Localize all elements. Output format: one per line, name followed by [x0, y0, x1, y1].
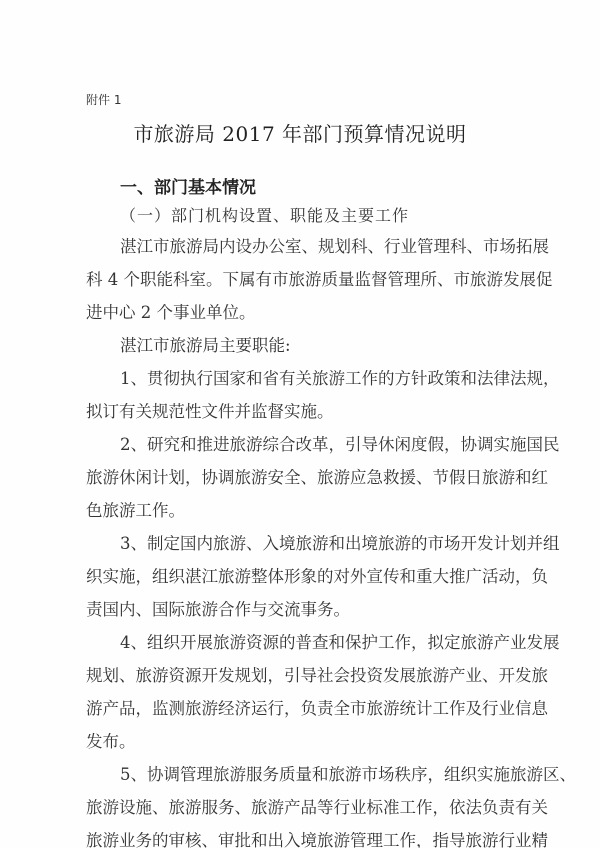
document-page: 附件 1 市旅游局 2017 年部门预算情况说明 一、部门基本情况 （一）部门机…: [0, 0, 600, 848]
paragraph-line: 拟订有关规范性文件并监督实施。: [86, 398, 520, 422]
paragraph-line: 湛江市旅游局内设办公室、规划科、行业管理科、市场拓展: [120, 233, 520, 257]
subsection-heading: （一）部门机构设置、职能及主要工作: [120, 203, 409, 226]
paragraph-line: 2、研究和推进旅游综合改革，引导休闲度假，协调实施国民: [120, 431, 520, 455]
paragraph-line: 旅游休闲计划，协调旅游安全、旅游应急救援、节假日旅游和红: [86, 464, 520, 488]
document-title: 市旅游局 2017 年部门预算情况说明: [0, 118, 600, 147]
paragraph-line: 游产品，监测旅游经济运行，负责全市旅游统计工作及行业信息: [86, 695, 520, 719]
paragraph-line: 旅游设施、旅游服务、旅游产品等行业标准工作，依法负责有关: [86, 794, 520, 818]
section-heading: 一、部门基本情况: [120, 173, 256, 198]
paragraph-line: 进中心 2 个事业单位。: [86, 299, 520, 323]
paragraph-line: 旅游业务的审核、审批和出入境旅游管理工作，指导旅游行业精: [86, 827, 520, 848]
paragraph-line: 科 4 个职能科室。下属有市旅游质量监督管理所、市旅游发展促: [86, 266, 520, 290]
paragraph-line: 色旅游工作。: [86, 497, 520, 521]
paragraph-line: 4、组织开展旅游资源的普查和保护工作，拟定旅游产业发展: [120, 629, 520, 653]
paragraph-line: 责国内、国际旅游合作与交流事务。: [86, 596, 520, 620]
paragraph-line: 3、制定国内旅游、入境旅游和出境旅游的市场开发计划并组: [120, 530, 520, 554]
paragraph-line: 发布。: [86, 728, 520, 752]
paragraph-line: 规划、旅游资源开发规划，引导社会投资发展旅游产业、开发旅: [86, 662, 520, 686]
attachment-label: 附件 1: [86, 91, 121, 108]
paragraph-line: 织实施，组织湛江旅游整体形象的对外宣传和重大推广活动，负: [86, 563, 520, 587]
paragraph-line: 1、贯彻执行国家和省有关旅游工作的方针政策和法律法规，: [120, 365, 520, 389]
paragraph-line: 5、协调管理旅游服务质量和旅游市场秩序，组织实施旅游区、: [120, 761, 520, 785]
paragraph-line: 湛江市旅游局主要职能:: [120, 332, 520, 356]
